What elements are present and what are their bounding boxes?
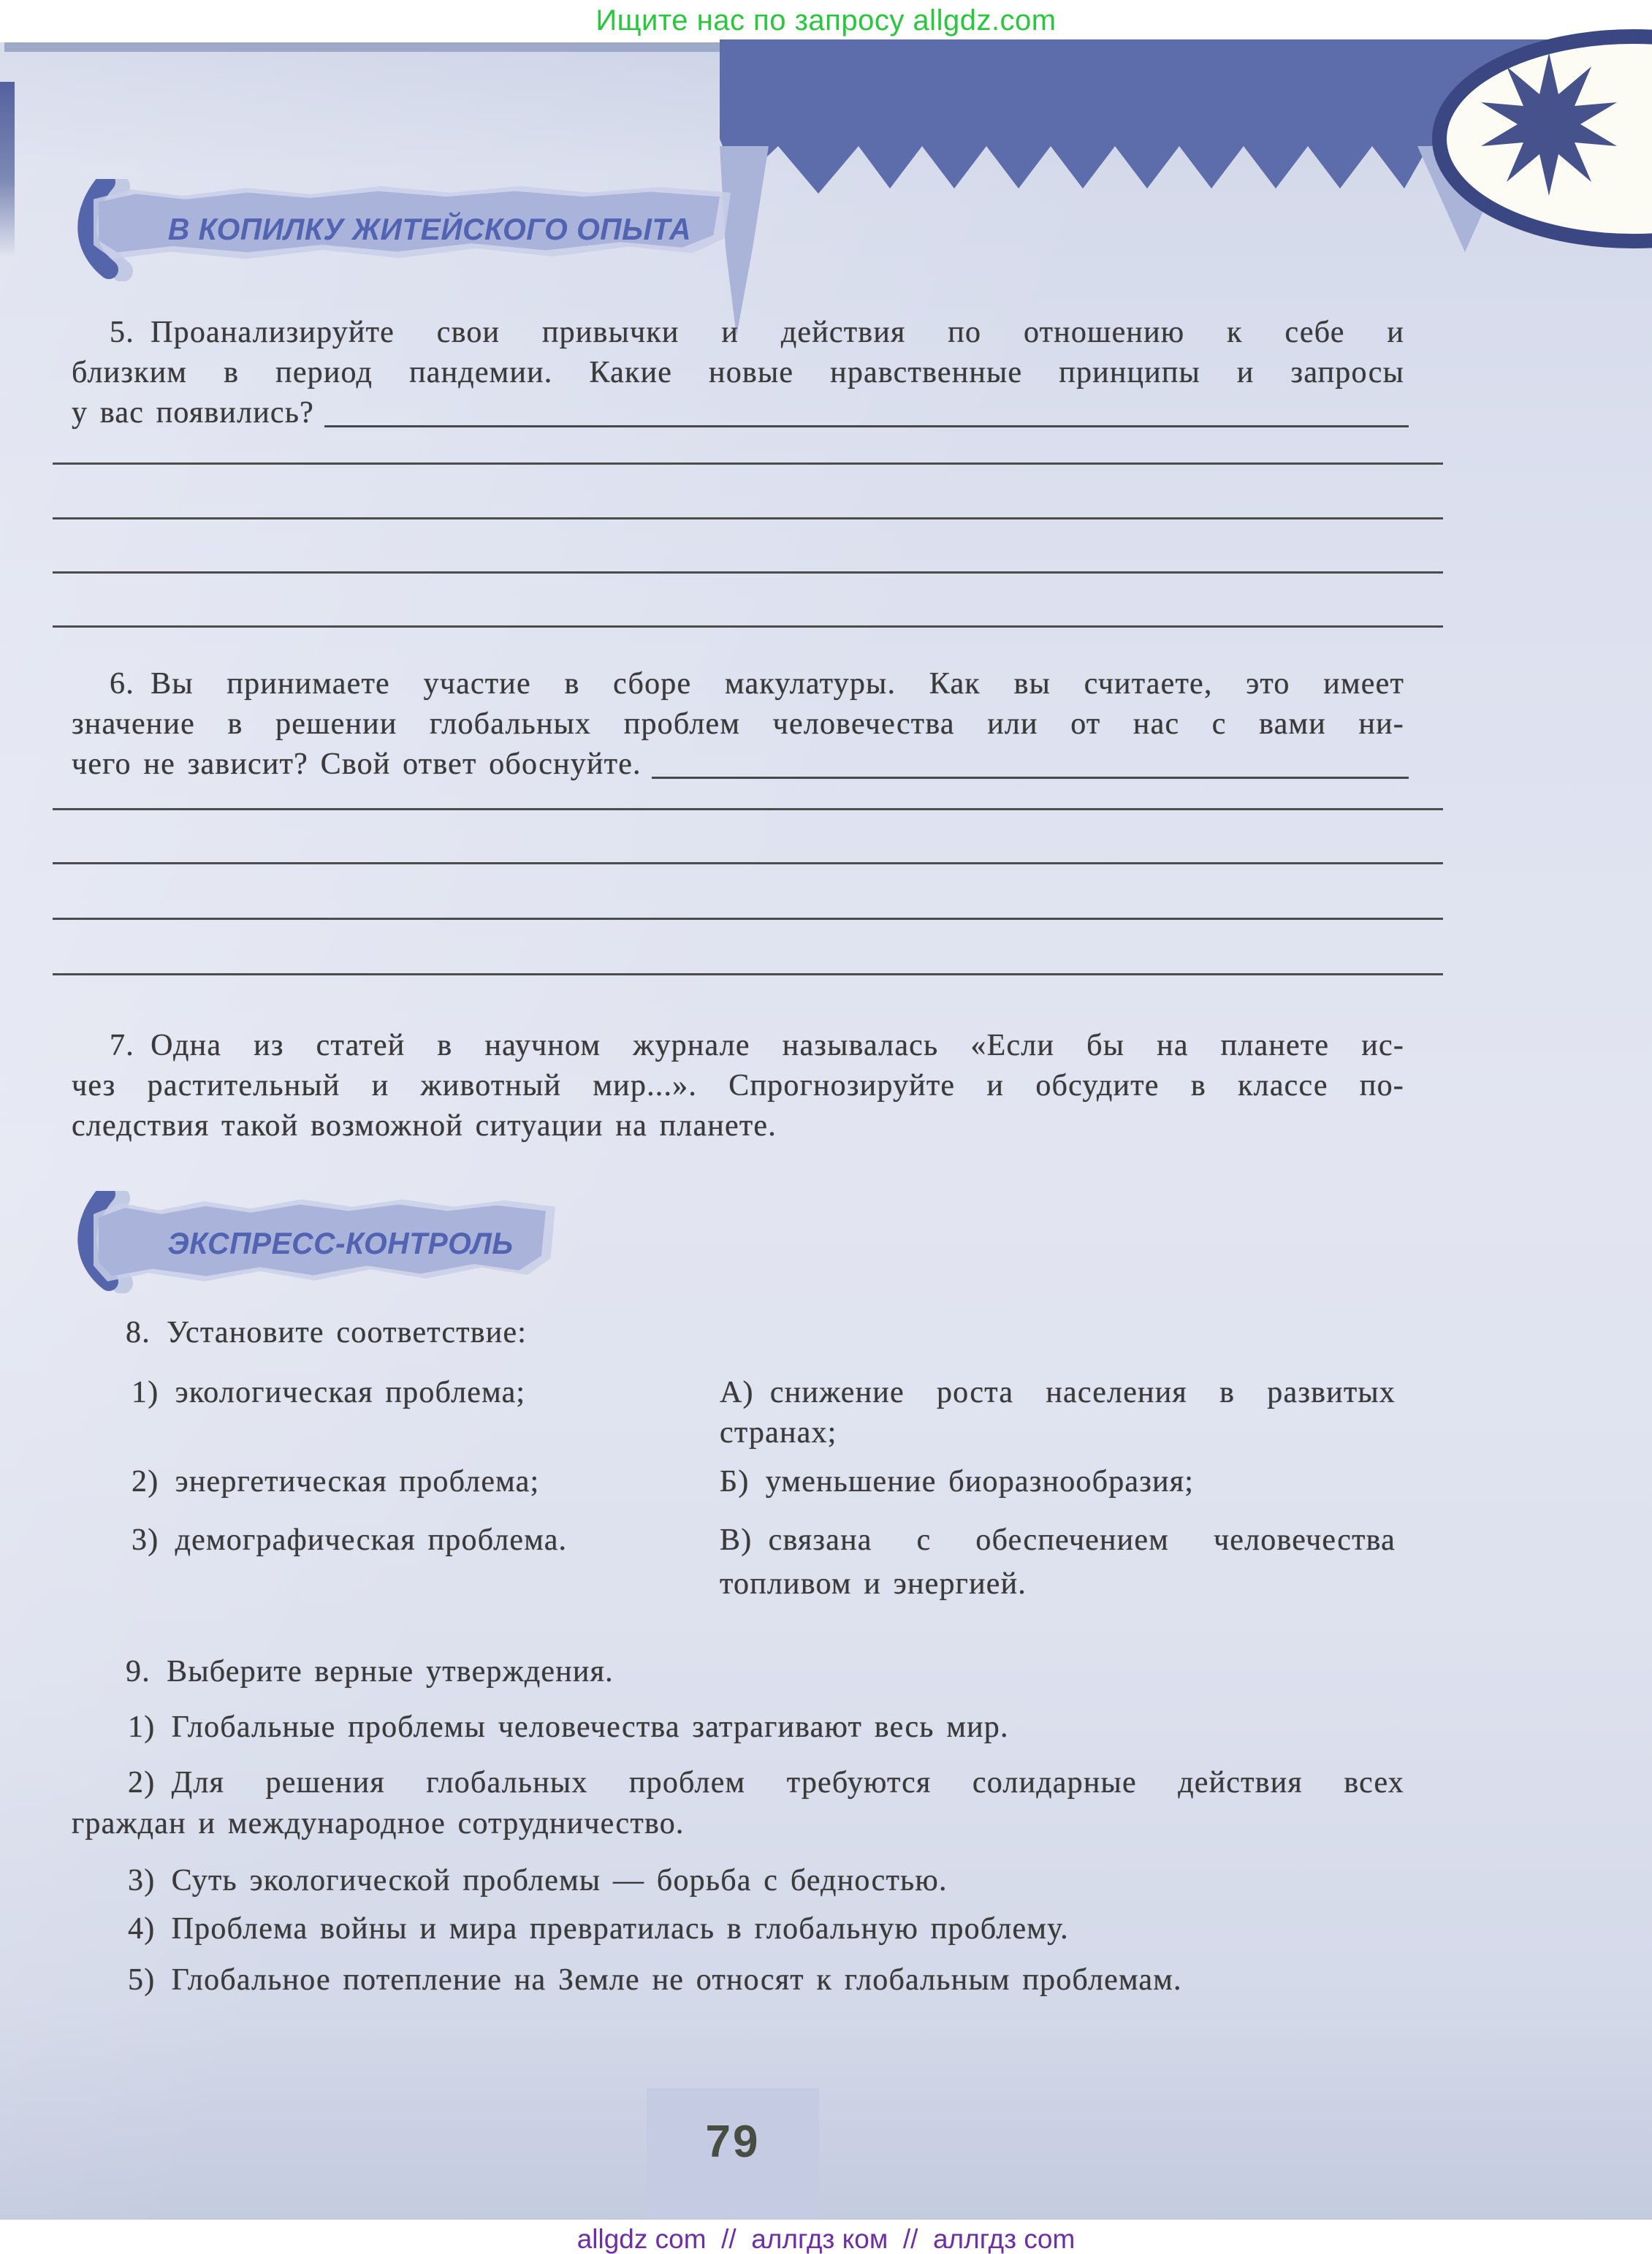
exercise-text-line: странах; — [720, 1414, 837, 1452]
exercise-text-line: 8. Установите соответствие: — [126, 1314, 527, 1352]
exercise-text-line: 2) энергетическая проблема; — [132, 1463, 539, 1501]
page-number-tab: 79 — [647, 2088, 819, 2220]
bottom-promo-text: allgdz com // аллгдз ком // аллгдз com — [0, 2224, 1652, 2254]
exercise-text-line: 5) Глобальное потепление на Земле не отн… — [128, 1961, 1182, 1999]
exercise-text-line: 3) демографическая проблема. — [132, 1521, 567, 1559]
section-title-life-experience: В КОПИЛКУ ЖИТЕЙСКОГО ОПЫТА — [146, 212, 713, 247]
exercise-text-line: 2) Для решения глобальных проблем требую… — [128, 1764, 1404, 1802]
answer-blank-line — [324, 425, 1409, 427]
exercise-text-line: у вас появились? — [72, 394, 1412, 432]
exercise-text-line: 7. Одна из статей в научном журнале назы… — [110, 1027, 1404, 1065]
exercise-text-line: 1) Глобальные проблемы человечества затр… — [128, 1708, 1009, 1746]
answer-blank-line — [652, 777, 1409, 779]
exercise-text-line: близким в период пандемии. Какие новые н… — [72, 354, 1404, 392]
exercise-text-line: А) снижение роста населения в развитых — [720, 1374, 1396, 1412]
exercise-text-line: 9. Выберите верные утверждения. — [126, 1653, 614, 1691]
exercise-text-line: 6. Вы принимаете участие в сборе макулат… — [110, 665, 1404, 703]
page-left-edge-shadow — [0, 82, 15, 257]
workbook-scan-screen: Ищите нас по запросу allgdz.com В КОПИЛК… — [0, 0, 1652, 2254]
exercise-text-line: 1) экологическая проблема; — [132, 1374, 525, 1412]
exercise-text-line: значение в решении глобальных проблем че… — [72, 705, 1404, 743]
exercise-text-line: 4) Проблема войны и мира превратилась в … — [128, 1910, 1069, 1948]
answer-line — [53, 571, 1443, 574]
answer-line — [53, 462, 1443, 465]
exercise-text-line: 3) Суть экологической проблемы — борьба … — [128, 1862, 948, 1900]
exercise-text-line: В) связана с обеспечением человечества — [720, 1521, 1396, 1559]
zigzag-banner — [720, 29, 1652, 343]
exercise-text-line: чез растительный и животный мир...». Спр… — [72, 1067, 1404, 1105]
answer-line — [53, 625, 1443, 628]
answer-line — [53, 862, 1443, 864]
exercise-text-line: граждан и международное сотрудничество. — [72, 1805, 685, 1843]
light-streamer-left — [720, 146, 769, 336]
exercise-text-line: 5. Проанализируйте свои привычки и дейст… — [110, 313, 1404, 351]
section-title-express-control: ЭКСПРЕСС-КОНТРОЛЬ — [128, 1226, 553, 1261]
answer-line — [53, 808, 1443, 810]
exercise-text-line: топливом и энергией. — [720, 1565, 1027, 1603]
page-number: 79 — [647, 2116, 819, 2168]
exercise-text-line: чего не зависит? Свой ответ обоснуйте. — [72, 745, 1412, 783]
exercise-text-line: Б) уменьшение биоразнообразия; — [720, 1463, 1194, 1501]
answer-line — [53, 517, 1443, 519]
exercise-text-line: следствия такой возможной ситуации на пл… — [72, 1107, 777, 1145]
answer-line — [53, 973, 1443, 975]
answer-line — [53, 918, 1443, 920]
